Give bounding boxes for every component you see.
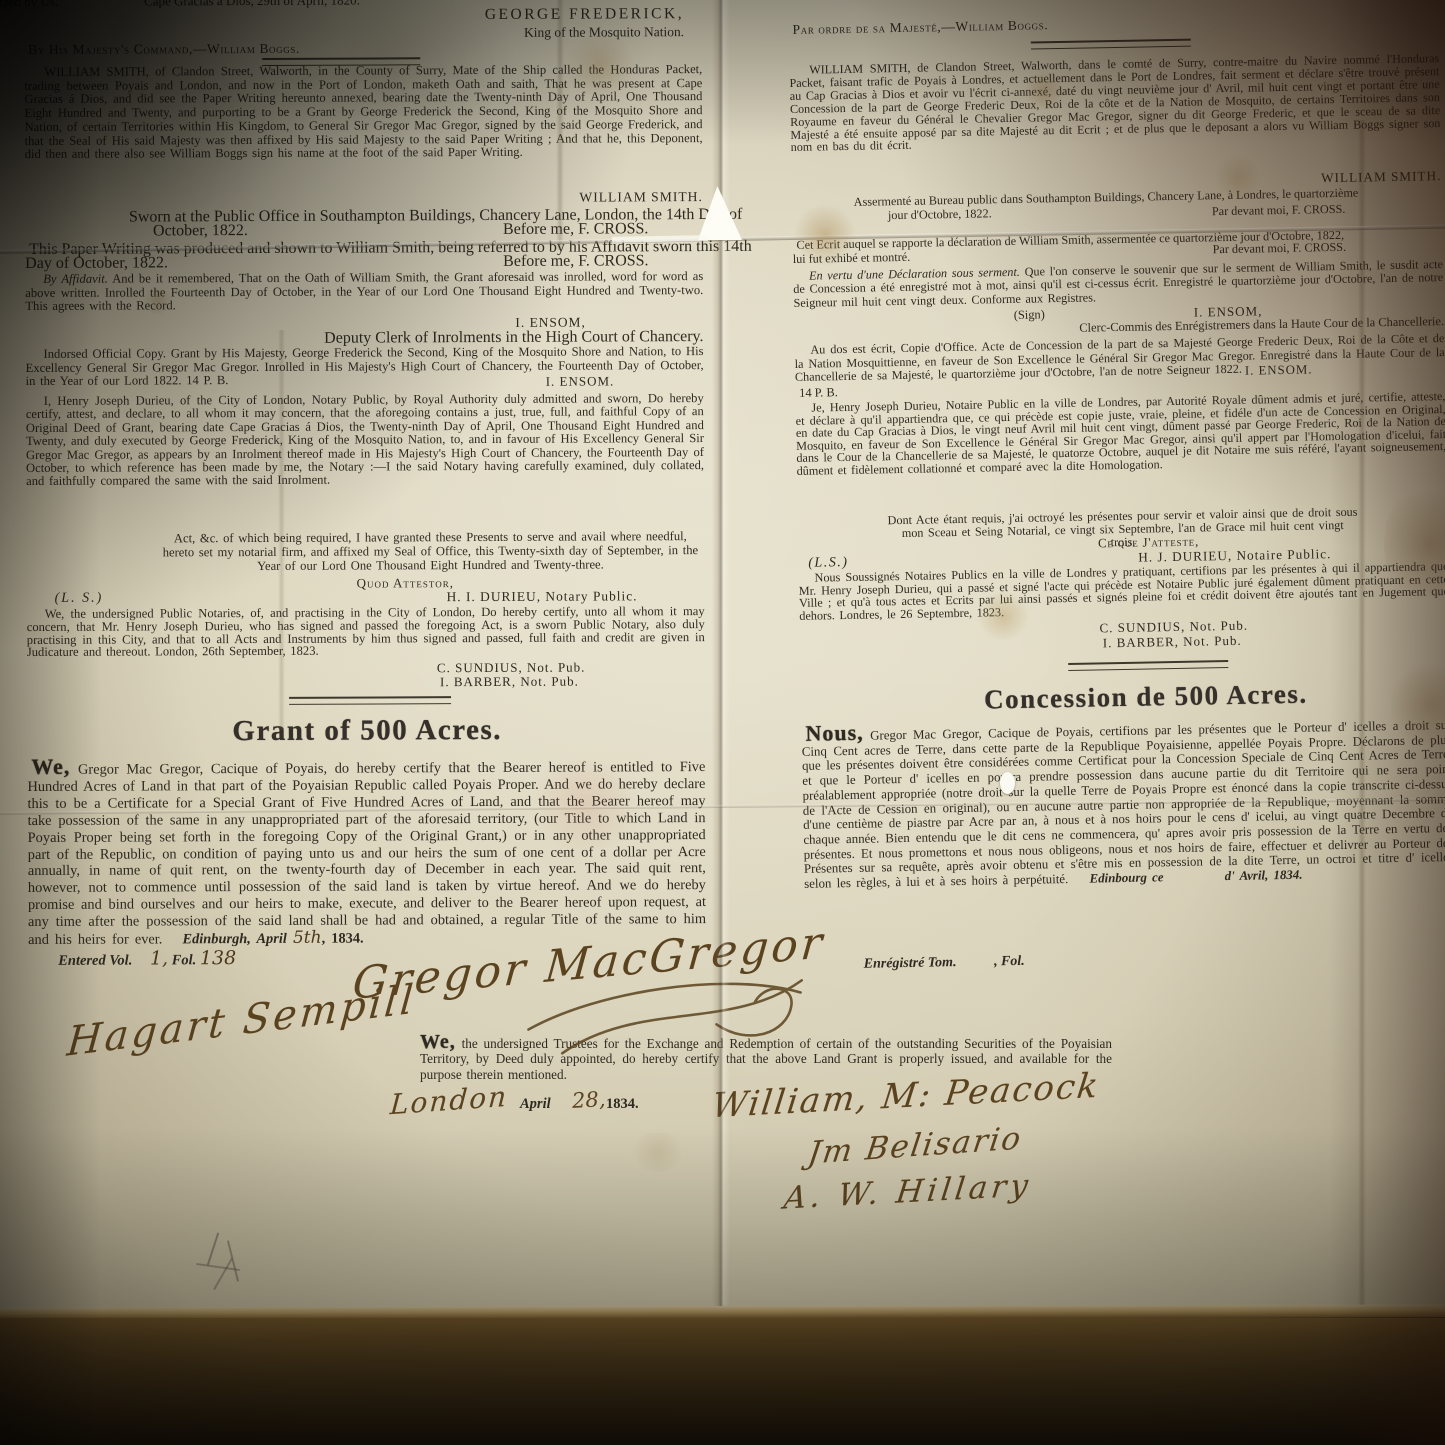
english-column: recognized by Us. Cape Gracias á Dios, 2… xyxy=(24,0,710,1312)
affidavit-body: And be it remembered, That on the Oath o… xyxy=(25,269,703,313)
before-me-2: Before me, F. CROSS. xyxy=(503,252,648,271)
command-line: By His Majesty's Command,—William Boggs. xyxy=(28,41,300,58)
locus-sigilli: (L. S.) xyxy=(55,591,104,607)
grant-year: , 1834. xyxy=(322,931,364,947)
right-barber-signature: I. BARBER, Not. Pub. xyxy=(1103,633,1242,652)
right-notary-paragraph: Je, Henry Joseph Durieu, Notaire Public … xyxy=(795,390,1445,477)
date-month: April xyxy=(520,1096,551,1113)
affidavit-lead: By Affidavit. xyxy=(43,272,108,286)
date-day-handwritten: 28, xyxy=(571,1087,606,1113)
concession-divider-rule xyxy=(1068,660,1228,671)
concession-body: Gregor Mac Gregor, Cacique de Poyais, ce… xyxy=(802,718,1445,891)
entered-fol-handwritten: 138 xyxy=(200,947,236,969)
right-top-fragment: Roi de la Nation de Mosquito. xyxy=(788,0,1445,12)
act-paragraph: Act, &c. of which being required, I have… xyxy=(156,529,704,573)
au-dos-paragraph: Au dos est écrit, Copie d'Office. Acte d… xyxy=(794,332,1445,385)
concession-paragraph: Nous, Gregor Mac Gregor, Cacique de Poya… xyxy=(801,718,1445,892)
grant-place-date: Edinburgh, April xyxy=(182,931,286,947)
right-before-me-1: Par devant moi, F. CROSS. xyxy=(1212,202,1346,219)
entered-vol-line: Entered Vol. 1, Fol. 138 xyxy=(58,947,236,970)
concession-heading: Concession de 500 Acres. xyxy=(921,677,1371,716)
right-declaration-paragraph: En vertu d'une Déclaration sous serment.… xyxy=(793,258,1444,310)
date-year: 1834. xyxy=(606,1096,639,1113)
grant-body: Gregor Mac Gregor, Cacique of Poyais, do… xyxy=(27,759,706,948)
oath-signature: WILLIAM SMITH. xyxy=(25,189,765,208)
quod-attestor: Quod Attestor, xyxy=(357,575,454,591)
notary-certification-paragraph: I, Henry Joseph Durieu, of the City of L… xyxy=(26,392,704,489)
right-before-me-2: Par devant moi, F. CROSS. xyxy=(1213,240,1347,257)
oath-paragraph: WILLIAM SMITH, of Clandon Street, Walwor… xyxy=(24,63,702,162)
macgregor-signature-flourish xyxy=(517,958,813,1078)
pb-line: 14 P. B. xyxy=(799,385,838,401)
public-notaries-paragraph: We, the undersigned Public Notaries, of,… xyxy=(27,605,705,659)
grant-paragraph: We, Gregor Mac Gregor, Cacique of Poyais… xyxy=(27,759,706,949)
concession-lead-word: Nous, xyxy=(805,720,864,746)
right-command-line: Par ordre de sa Majesté,—William Boggs. xyxy=(792,17,1048,38)
document-photo: recognized by Us. Cape Gracias á Dios, 2… xyxy=(0,0,1445,1445)
right-ensom-signature-2: I. ENSOM. xyxy=(1245,362,1313,378)
right-public-notaries-paragraph: Nous Soussignés Notaires Publics en la v… xyxy=(798,560,1445,622)
registered-label: Enrégistré Tom. xyxy=(864,955,957,972)
produced-line2: Day of October, 1822. xyxy=(25,254,168,273)
grant-lead-word: We, xyxy=(31,754,70,779)
ensom-signature-2: I. ENSOM. xyxy=(546,373,615,389)
right-sworn-line2: jour d'Octobre, 1822. xyxy=(888,206,992,223)
barber-signature: I. BARBER, Not. Pub. xyxy=(440,674,579,691)
right-produced-line2: lui fut exhibé et montré. xyxy=(793,250,911,267)
sworn-line2: October, 1822. xyxy=(153,222,248,240)
grant-divider-rule xyxy=(289,696,451,705)
grant-day-handwritten: 5th xyxy=(293,928,322,948)
concession-date: d' Avril, 1834. xyxy=(1225,868,1303,883)
grant-heading: Grant of 500 Acres. xyxy=(147,714,587,749)
durieu-signature: H. I. DURIEU, Notary Public. xyxy=(447,588,638,605)
document-paper: recognized by Us. Cape Gracias á Dios, 2… xyxy=(0,0,1445,1312)
right-oath-paragraph: WILLIAM SMITH, de Clandon Street, Walwor… xyxy=(789,52,1441,154)
concession-place: Edinbourg ce xyxy=(1089,870,1163,885)
entered-fol-label: Fol. xyxy=(172,952,197,968)
registered-line: Enrégistré Tom. , Fol. xyxy=(864,954,1025,973)
section-divider-rule xyxy=(1031,39,1191,50)
registered-fol-label: , Fol. xyxy=(994,954,1025,970)
entered-label: Entered Vol. xyxy=(58,953,132,969)
entered-vol-handwritten: 1, xyxy=(150,947,168,969)
issuer-name: GEORGE FREDERICK, xyxy=(24,5,714,26)
trustees-lead-word: We, xyxy=(420,1031,456,1053)
issuer-title: King of the Mosquito Nation. xyxy=(24,24,688,43)
affidavit-paragraph: By Affidavit. And be it remembered, That… xyxy=(25,270,703,314)
wooden-table xyxy=(0,1318,1445,1445)
right-paper-hole xyxy=(1000,772,1015,794)
